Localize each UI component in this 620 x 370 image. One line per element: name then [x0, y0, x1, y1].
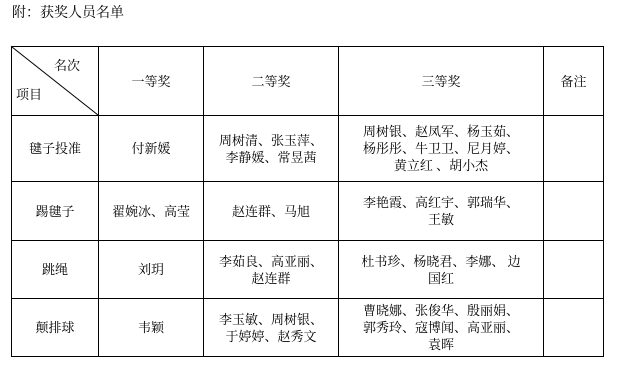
column-header-remark: 备注: [544, 47, 604, 116]
second-prize-cell: 李玉敏、周树银、 于婷婷、赵秀文: [204, 299, 339, 357]
event-name-cell: 踢毽子: [12, 182, 99, 241]
column-header-second-prize: 二等奖: [204, 47, 339, 116]
remark-cell: [544, 182, 604, 241]
remark-cell: [544, 116, 604, 182]
column-header-first-prize: 一等奖: [99, 47, 204, 116]
corner-header-cell: 名次 项目: [12, 47, 99, 116]
corner-label-rank: 名次: [54, 58, 80, 73]
column-header-third-prize: 三等奖: [339, 47, 544, 116]
remark-cell: [544, 299, 604, 357]
third-prize-cell: 周树银、赵凤军、杨玉茹、 杨彤彤、牛卫卫、尼月婷、 黄立红 、胡小杰: [339, 116, 544, 182]
second-prize-cell: 周树清、张玉萍、 李静媛、常昱茜: [204, 116, 339, 182]
first-prize-cell: 付新媛: [99, 116, 204, 182]
first-prize-cell: 韦颖: [99, 299, 204, 357]
table-row-rope-skipping: 跳绳 刘玥 李茹良、高亚丽、 赵连群 杜书珍、杨晓君、李娜、 边 国红: [12, 241, 604, 299]
first-prize-cell: 翟婉冰、高莹: [99, 182, 204, 241]
corner-label-event: 项目: [16, 87, 42, 102]
event-name-cell: 颠排球: [12, 299, 99, 357]
second-prize-cell: 赵连群、马旭: [204, 182, 339, 241]
third-prize-cell: 杜书珍、杨晓君、李娜、 边 国红: [339, 241, 544, 299]
attachment-title: 附：获奖人员名单: [12, 5, 124, 23]
third-prize-cell: 曹晓娜、张俊华、殷丽娟、 郭秀玲、寇博闻、高亚丽、 袁晖: [339, 299, 544, 357]
second-prize-cell: 李茹良、高亚丽、 赵连群: [204, 241, 339, 299]
award-winners-table: 名次 项目 一等奖 二等奖 三等奖 备注 毽子投准 付新媛 周树清、张玉萍、 李…: [11, 46, 604, 357]
event-name-cell: 跳绳: [12, 241, 99, 299]
table-row-shuttlecock-toss: 毽子投准 付新媛 周树清、张玉萍、 李静媛、常昱茜 周树银、赵凤军、杨玉茹、 杨…: [12, 116, 604, 182]
table-row-volleyball-bump: 颠排球 韦颖 李玉敏、周树银、 于婷婷、赵秀文 曹晓娜、张俊华、殷丽娟、 郭秀玲…: [12, 299, 604, 357]
event-name-cell: 毽子投准: [12, 116, 99, 182]
table-row-shuttlecock-kick: 踢毽子 翟婉冰、高莹 赵连群、马旭 李艳霞、高红宇、郭瑞华、 王敏: [12, 182, 604, 241]
table-header-row: 名次 项目 一等奖 二等奖 三等奖 备注: [12, 47, 604, 116]
remark-cell: [544, 241, 604, 299]
first-prize-cell: 刘玥: [99, 241, 204, 299]
third-prize-cell: 李艳霞、高红宇、郭瑞华、 王敏: [339, 182, 544, 241]
